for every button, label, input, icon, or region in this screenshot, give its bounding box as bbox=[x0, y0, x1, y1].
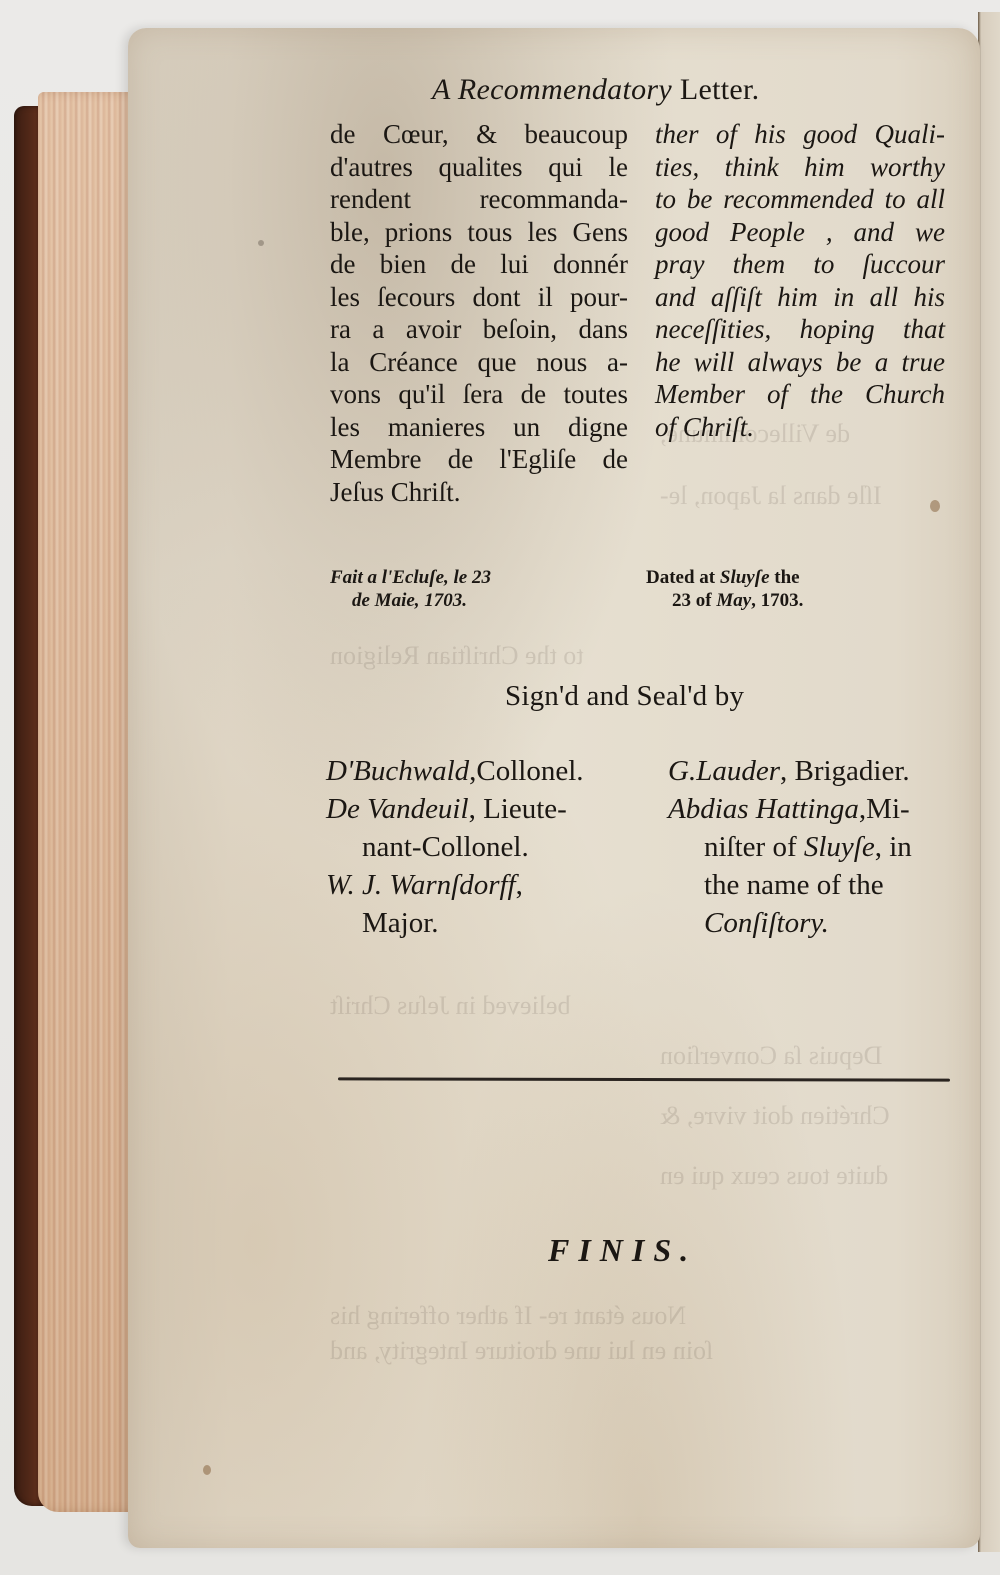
english-line: ther of his good Quali- bbox=[655, 118, 945, 151]
facing-page-edge bbox=[978, 12, 1000, 1552]
signatories-left: D'Buchwald,Collonel. De Vandeuil, Lieute… bbox=[326, 752, 638, 942]
english-date-month: May bbox=[716, 590, 751, 611]
french-line: rendent recommanda- bbox=[330, 183, 628, 216]
english-line: good People , and we bbox=[655, 216, 945, 249]
running-head-italic: A Recommendatory bbox=[432, 73, 672, 106]
french-line: la Créance que nous a- bbox=[330, 346, 628, 379]
english-line: pray them to ſuccour bbox=[655, 248, 945, 281]
english-line: and aſſiſt him in all his bbox=[655, 281, 945, 314]
finis-closing: FINIS. bbox=[548, 1232, 697, 1269]
signatory-title: , Lieute- bbox=[469, 793, 567, 825]
signatory-name: G.Lauder bbox=[668, 755, 780, 787]
signatory-continuation: Conſiſtory. bbox=[668, 904, 946, 942]
english-line: to be recommended to all bbox=[655, 183, 945, 216]
signatory-title: , bbox=[516, 869, 523, 901]
english-date-line-2: 23 of May, 1703. bbox=[646, 589, 803, 612]
signatory-name: W. J. Warnſdorff bbox=[326, 869, 516, 901]
signatory-name: D'Buchwald bbox=[326, 755, 469, 787]
signatory-title: , Brigadier. bbox=[780, 755, 910, 787]
english-line: he will always be a true bbox=[655, 346, 945, 379]
signatory-title: ,Mi- bbox=[859, 793, 910, 825]
french-line: Jeſus Chriſt. bbox=[330, 476, 628, 509]
signatory-name: De Vandeuil bbox=[326, 793, 469, 825]
continuation-text: , in bbox=[875, 831, 912, 863]
french-date: Fait a l'Ecluſe, le 23 de Maie, 1703. bbox=[330, 566, 491, 612]
running-head: A Recommendatory Letter. bbox=[432, 73, 759, 107]
signatory-name: Abdias Hattinga bbox=[668, 793, 859, 825]
french-line: ra a avoir beſoin, dans bbox=[330, 313, 628, 346]
english-date: Dated at Sluyſe the 23 of May, 1703. bbox=[646, 566, 803, 612]
english-date-year: , 1703. bbox=[751, 590, 803, 611]
signed-heading: Sign'd and Seal'd by bbox=[505, 680, 744, 713]
signatory-continuation: niſter of Sluyſe, in bbox=[668, 828, 946, 866]
signatory-continuation: nant-Collonel. bbox=[326, 828, 638, 866]
french-line: ble, prions tous les Gens bbox=[330, 216, 628, 249]
signatory: W. J. Warnſdorff, bbox=[326, 866, 638, 904]
french-date-line-1: Fait a l'Ecluſe, le 23 bbox=[330, 566, 491, 589]
english-line: neceſſities, hoping that bbox=[655, 313, 945, 346]
english-date-place: Sluyſe bbox=[720, 567, 770, 588]
running-head-upright: Letter. bbox=[680, 73, 760, 106]
french-line: d'autres qualites qui le bbox=[330, 151, 628, 184]
french-line: les manieres un digne bbox=[330, 411, 628, 444]
signatory: Abdias Hattinga,Mi- bbox=[668, 790, 946, 828]
english-date-day: 23 of bbox=[672, 590, 716, 611]
english-date-suffix: the bbox=[770, 567, 800, 588]
french-line: de Cœur, & beaucoup bbox=[330, 118, 628, 151]
signatory: D'Buchwald,Collonel. bbox=[326, 752, 638, 790]
english-line: of Chriſt. bbox=[655, 411, 945, 444]
french-text-column: de Cœur, & beaucoup d'autres qualites qu… bbox=[330, 118, 628, 508]
english-date-line-1: Dated at Sluyſe the bbox=[646, 566, 803, 589]
signatories-right: G.Lauder, Brigadier. Abdias Hattinga,Mi-… bbox=[668, 752, 946, 942]
continuation-place: Sluyſe bbox=[804, 831, 875, 863]
french-line: de bien de lui donnér bbox=[330, 248, 628, 281]
signatory-title: ,Collonel. bbox=[469, 755, 583, 787]
signatory: G.Lauder, Brigadier. bbox=[668, 752, 946, 790]
signatory-continuation: Major. bbox=[326, 904, 638, 942]
signatory: De Vandeuil, Lieute- bbox=[326, 790, 638, 828]
signatory-continuation: the name of the bbox=[668, 866, 946, 904]
foxing-spot bbox=[930, 500, 940, 512]
english-text-column: ther of his good Quali- ties, think him … bbox=[655, 118, 945, 443]
english-date-prefix: Dated at bbox=[646, 567, 720, 588]
french-line: Membre de l'Egliſe de bbox=[330, 443, 628, 476]
french-line: vons qu'il ſera de toutes bbox=[330, 378, 628, 411]
foxing-spot bbox=[258, 240, 264, 246]
french-date-line-2: de Maie, 1703. bbox=[330, 589, 491, 612]
english-line: Member of the Church bbox=[655, 378, 945, 411]
french-line: les ſecours dont il pour- bbox=[330, 281, 628, 314]
english-line: ties, think him worthy bbox=[655, 151, 945, 184]
continuation-text: niſter of bbox=[704, 831, 804, 863]
foxing-spot bbox=[203, 1465, 211, 1475]
